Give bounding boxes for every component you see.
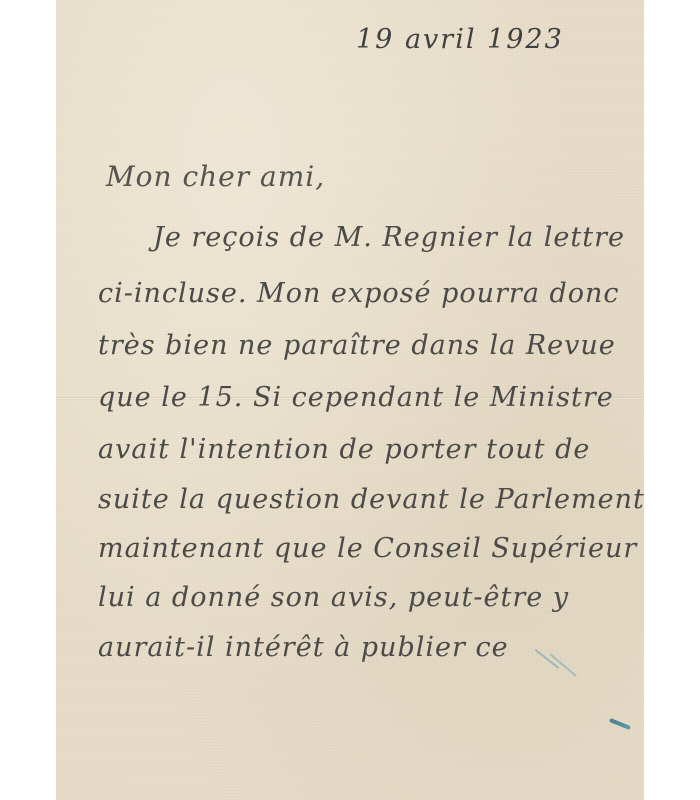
letter-paper: 19 avril 1923 Mon cher ami, Je reçois de… [56, 0, 644, 800]
page: 19 avril 1923 Mon cher ami, Je reçois de… [0, 0, 700, 800]
letter-line: aurait-il intérêt à publier ce [98, 632, 509, 663]
letter-line: Je reçois de M. Regnier la lettre [153, 222, 625, 253]
letter-line: avait l'intention de porter tout de [98, 434, 590, 465]
letter-line: très bien ne paraître dans la Revue [98, 330, 616, 361]
letter-line: ci-incluse. Mon exposé pourra donc [98, 278, 620, 309]
letter-line: suite la question devant le Parlement, [98, 484, 644, 515]
letter-line: lui a donné son avis, peut-être y [98, 582, 569, 613]
letter-line: maintenant que le Conseil Supérieur [98, 533, 637, 564]
blue-ink-mark [609, 718, 631, 730]
letter-date: 19 avril 1923 [356, 24, 564, 55]
letter-line: que le 15. Si cependant le Ministre [98, 382, 614, 413]
letter-salutation: Mon cher ami, [106, 160, 325, 193]
